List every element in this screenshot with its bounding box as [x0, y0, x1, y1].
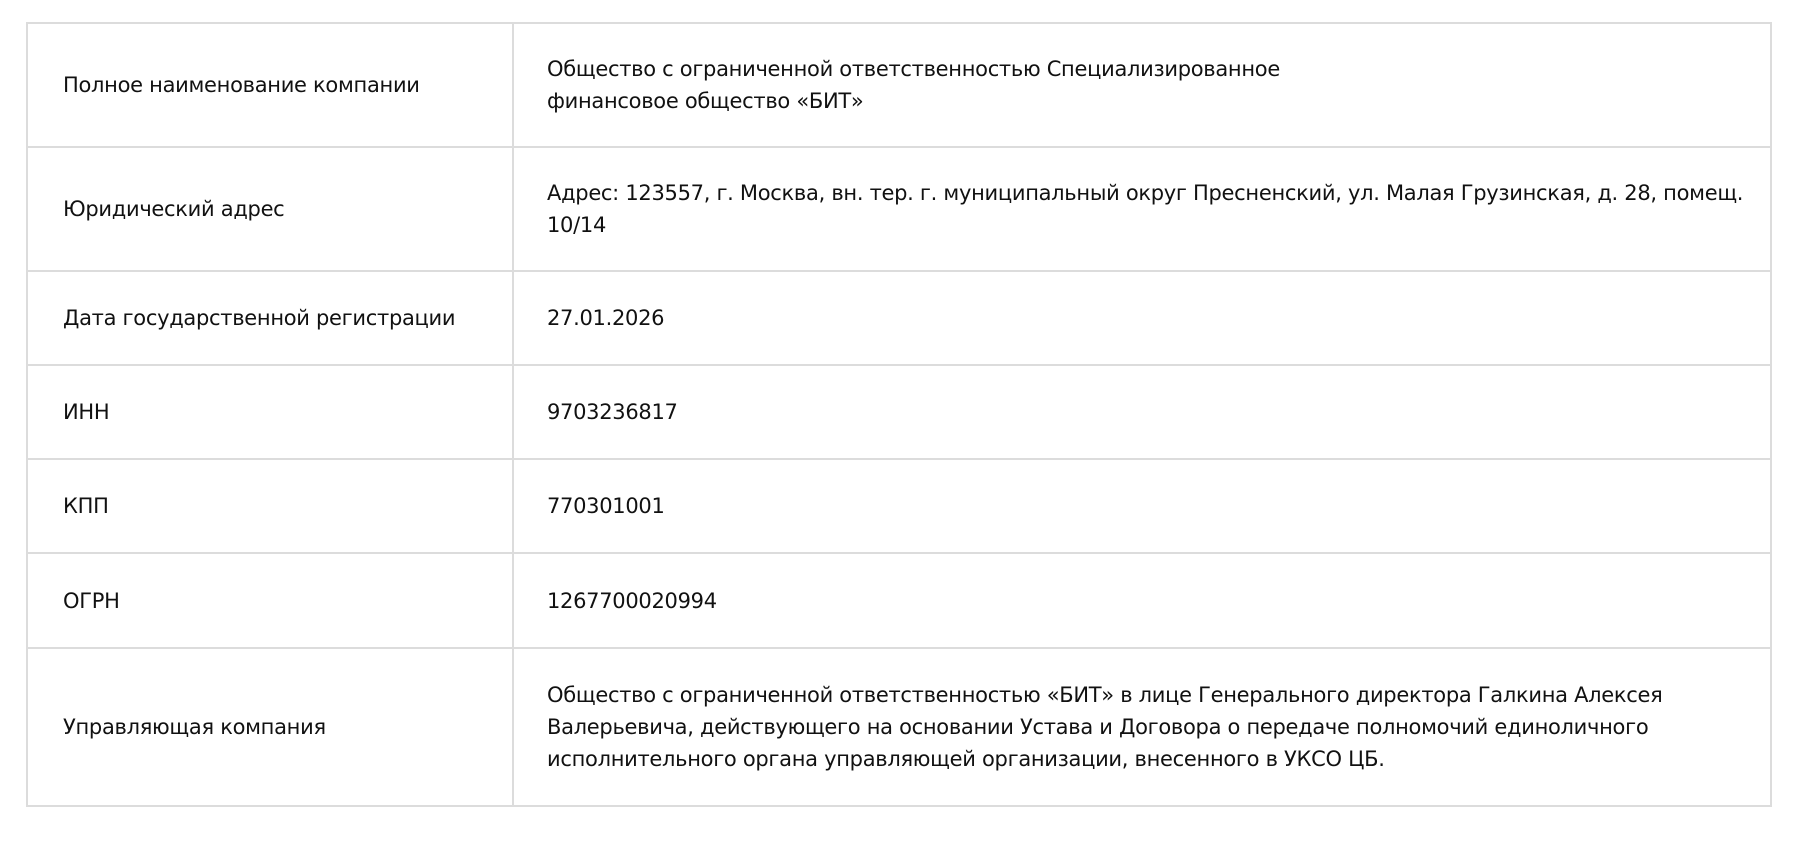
value-line: Валерьевича, действующего на основании У…	[547, 711, 1746, 743]
label-legal-address: Юридический адрес	[27, 147, 513, 271]
label-registration-date: Дата государственной регистрации	[27, 271, 513, 365]
label-inn: ИНН	[27, 365, 513, 459]
label-kpp: КПП	[27, 459, 513, 553]
row-ogrn: ОГРН 1267700020994	[27, 553, 1771, 648]
row-management-company: Управляющая компания Общество с ограниче…	[27, 648, 1771, 806]
value-line: 9703236817	[547, 396, 1746, 428]
value-registration-date: 27.01.2026	[513, 271, 1771, 365]
value-line: исполнительного органа управляющей орган…	[547, 743, 1746, 775]
company-info-table: Полное наименование компании Общество с …	[26, 22, 1772, 807]
value-line: 770301001	[547, 490, 1746, 522]
value-line: Общество с ограниченной ответственностью…	[547, 679, 1746, 711]
value-line: 27.01.2026	[547, 302, 1746, 334]
value-management-company: Общество с ограниченной ответственностью…	[513, 648, 1771, 806]
value-ogrn: 1267700020994	[513, 553, 1771, 648]
row-kpp: КПП 770301001	[27, 459, 1771, 553]
label-ogrn: ОГРН	[27, 553, 513, 648]
row-registration-date: Дата государственной регистрации 27.01.2…	[27, 271, 1771, 365]
row-inn: ИНН 9703236817	[27, 365, 1771, 459]
value-line: Общество с ограниченной ответственностью…	[547, 53, 1746, 85]
row-legal-address: Юридический адрес Адрес: 123557, г. Моск…	[27, 147, 1771, 271]
value-full-name: Общество с ограниченной ответственностью…	[513, 23, 1771, 147]
value-line: 10/14	[547, 209, 1746, 241]
value-kpp: 770301001	[513, 459, 1771, 553]
label-full-name: Полное наименование компании	[27, 23, 513, 147]
value-line: финансовое общество «БИТ»	[547, 85, 1746, 117]
value-line: 1267700020994	[547, 585, 1746, 617]
value-legal-address: Адрес: 123557, г. Москва, вн. тер. г. му…	[513, 147, 1771, 271]
value-line: Адрес: 123557, г. Москва, вн. тер. г. му…	[547, 177, 1746, 209]
label-management-company: Управляющая компания	[27, 648, 513, 806]
row-full-name: Полное наименование компании Общество с …	[27, 23, 1771, 147]
value-inn: 9703236817	[513, 365, 1771, 459]
